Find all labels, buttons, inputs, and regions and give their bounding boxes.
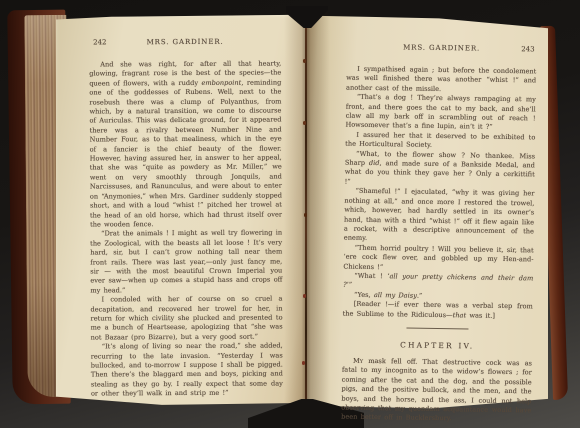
- left-running-head: 242 MRS. GARDINER.: [89, 37, 281, 47]
- right-page-text: MRS. GARDINER. 243 I sympathised again ;…: [341, 43, 536, 410]
- paragraph: I condoled with her of course on so crue…: [90, 295, 282, 343]
- paragraph: “Drat the animals ! I might as well try …: [90, 229, 282, 296]
- binding-gutter: [305, 15, 307, 409]
- paragraph: And she was right, for after all that he…: [89, 59, 282, 229]
- paragraph: “That’s a dog ! They’re always rampaging…: [345, 93, 536, 133]
- right-running-head: MRS. GARDINER. 243: [347, 43, 537, 55]
- stitch-dot: [303, 59, 306, 63]
- paragraph: I sympathised again ; but before the con…: [346, 65, 536, 96]
- chapter-heading: CHAPTER IV.: [342, 340, 532, 352]
- chapter-rule: [406, 327, 468, 329]
- paragraph: I assured her that it deserved to be exh…: [345, 130, 535, 152]
- book-photo: 242 MRS. GARDINER. And she was right, fo…: [0, 0, 580, 428]
- paragraph: [Reader !—if ever there was a verbal ste…: [343, 300, 533, 322]
- right-page-body: I sympathised again ; but before the con…: [343, 65, 537, 322]
- stitch-dot: [303, 294, 306, 298]
- right-page-number: 243: [521, 45, 534, 53]
- paragraph: “Shameful !” I ejaculated, “why it was g…: [344, 187, 535, 246]
- paragraph: My mask fell off. That destructive cock …: [341, 357, 532, 426]
- stitch-dot: [303, 121, 306, 125]
- stitch-dot: [302, 361, 305, 365]
- left-running-title: MRS. GARDINER.: [89, 37, 281, 46]
- stitch-dot: [304, 213, 307, 217]
- left-page-body: And she was right, for after all that he…: [89, 59, 283, 399]
- gutter-shadow: [284, 12, 330, 412]
- paragraph: “It’s along of living so near the road,”…: [91, 342, 283, 399]
- paragraph: “What, to the flower show ? No thankee. …: [345, 149, 536, 189]
- chapter-body: My mask fell off. That destructive cock …: [341, 357, 532, 426]
- right-running-title: MRS. GARDINER.: [347, 43, 537, 54]
- left-page-text: 242 MRS. GARDINER. And she was right, fo…: [89, 37, 283, 390]
- paragraph: “Them horrid poultry ! Will you believe …: [343, 243, 533, 274]
